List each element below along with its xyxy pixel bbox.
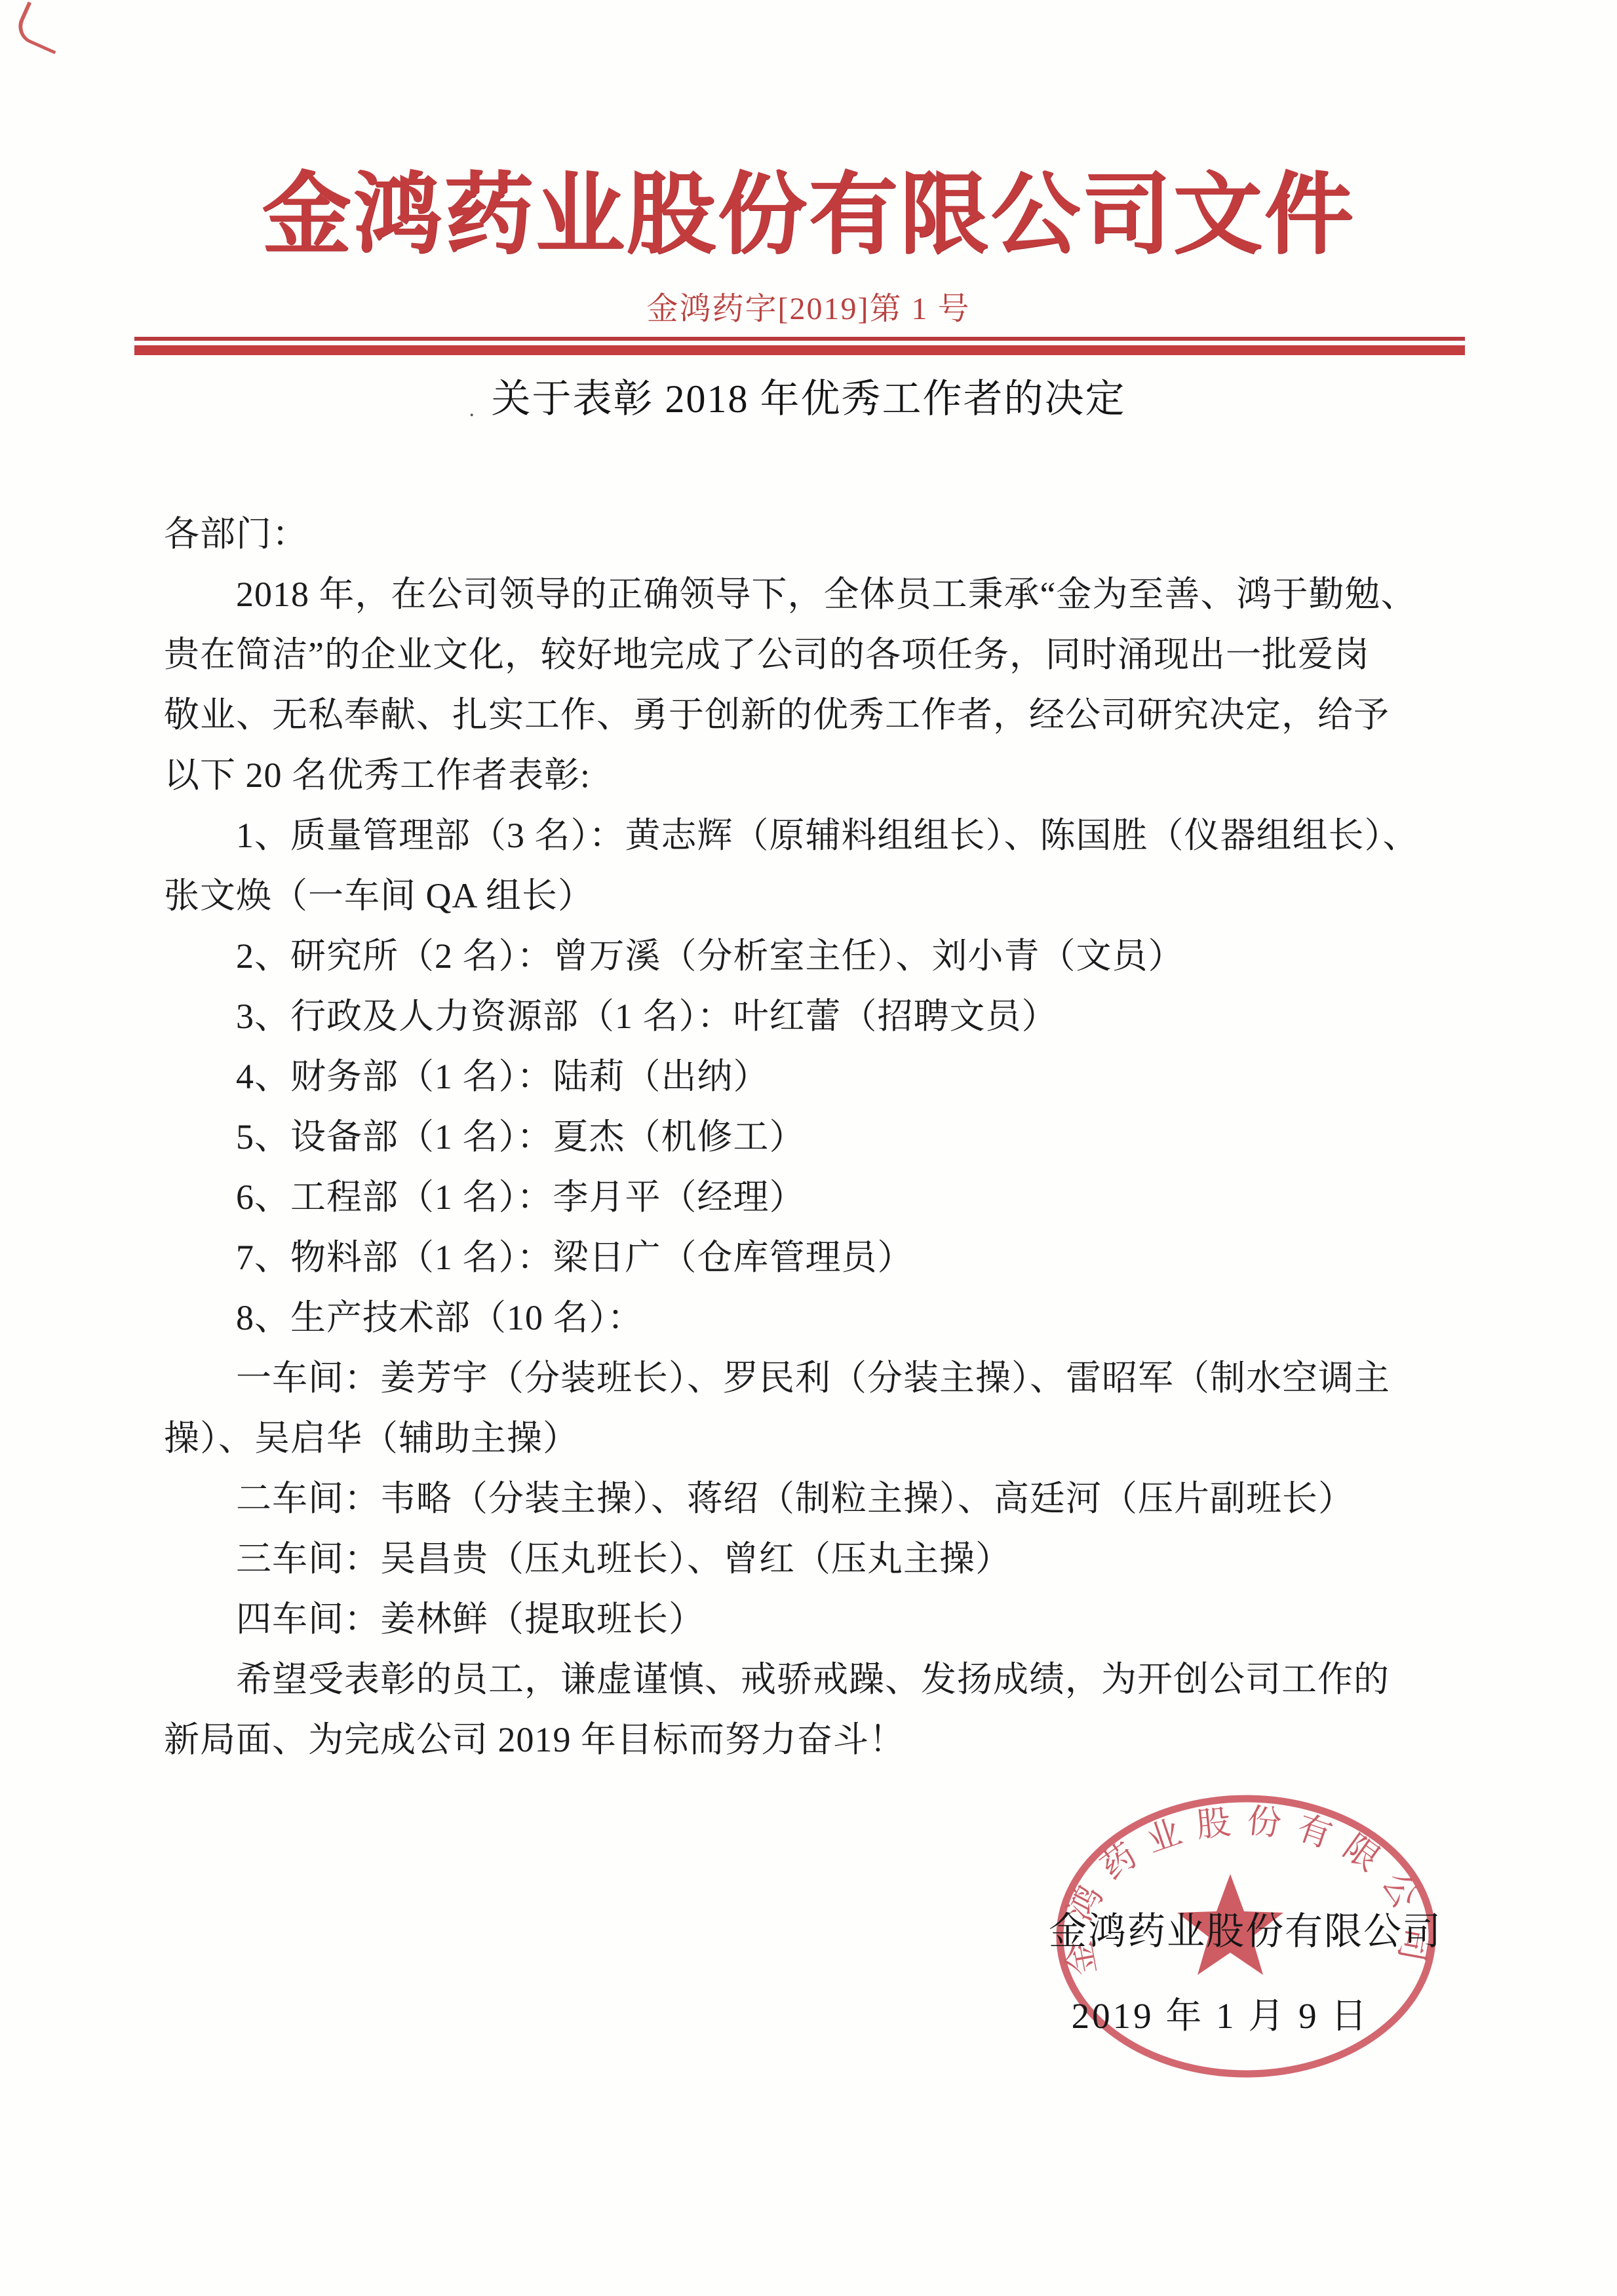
scan-artifact-mark — [12, 1, 69, 54]
body-line: 贵在简洁”的企业文化，较好地完成了公司的各项任务，同时涌现出一批爱岗 — [164, 624, 1468, 685]
body-line: 操）、吴启华（辅助主操） — [164, 1408, 1468, 1468]
document-title-text: 关于表彰 2018 年优秀工作者的决定 — [492, 377, 1126, 421]
red-divider-rule — [134, 337, 1465, 355]
company-letterhead-title: 金鸿药业股份有限公司文件 — [0, 169, 1617, 263]
divider-thick-line — [134, 345, 1465, 355]
body-line: 四车间：姜林鲜（提取班长） — [164, 1589, 1468, 1649]
body-line: 以下 20 名优秀工作者表彰: — [164, 745, 1468, 805]
body-line: 新局面、为完成公司 2019 年目标而努力奋斗！ — [164, 1710, 1468, 1770]
body-line: 6、工程部（1 名）：李月平（经理） — [164, 1167, 1468, 1227]
divider-gap — [134, 341, 1465, 345]
body-line: 3、行政及人力资源部（1 名）：叶红蕾（招聘文员） — [164, 986, 1468, 1046]
body-line: 2018 年，在公司领导的正确领导下，全体员工秉承“金为至善、鸿于勤勉、 — [164, 564, 1468, 624]
body-line: 张文焕（一车间 QA 组长） — [164, 866, 1468, 926]
body-lines: 各部门：2018 年，在公司领导的正确领导下，全体员工秉承“金为至善、鸿于勤勉、… — [164, 504, 1468, 1770]
body-line: 4、财务部（1 名）：陆莉（出纳） — [164, 1046, 1468, 1107]
body-line: 1、质量管理部（3 名）：黄志辉（原辅料组组长）、陈国胜（仪器组组长）、 — [164, 805, 1468, 866]
signature-date: 2019 年 1 月 9 日 — [1072, 1993, 1370, 2039]
body-line: 8、生产技术部（10 名）： — [164, 1288, 1468, 1348]
body-line: 二车间：韦略（分装主操）、蒋绍（制粒主操）、高廷河（压片副班长） — [164, 1468, 1468, 1529]
body-line: 一车间：姜芳宇（分装班长）、罗民利（分装主操）、雷昭军（制水空调主 — [164, 1348, 1468, 1408]
document-page: 金鸿药业股份有限公司文件 金鸿药字[2019]第 1 号 .关于表彰 2018 … — [0, 0, 1617, 2296]
body-line: 各部门： — [164, 504, 1468, 564]
body-line: 7、物料部（1 名）：梁日广（仓库管理员） — [164, 1227, 1468, 1288]
signature-company-name: 金鸿药业股份有限公司 — [1049, 1908, 1442, 1955]
document-number: 金鸿药字[2019]第 1 号 — [0, 283, 1617, 328]
body-line: 三车间：吴昌贵（压丸班长）、曾红（压丸主操） — [164, 1529, 1468, 1589]
body-line: 希望受表彰的员工，谦虚谨慎、戒骄戒躁、发扬成绩，为开创公司工作的 — [164, 1649, 1468, 1710]
body-line: 敬业、无私奉献、扎实工作、勇于创新的优秀工作者，经公司研究决定，给予 — [164, 685, 1468, 745]
body-line: 5、设备部（1 名）：夏杰（机修工） — [164, 1107, 1468, 1167]
document-title: .关于表彰 2018 年优秀工作者的决定 — [0, 377, 1617, 427]
body-line: 2、研究所（2 名）：曾万溪（分析室主任）、刘小青（文员） — [164, 926, 1468, 986]
